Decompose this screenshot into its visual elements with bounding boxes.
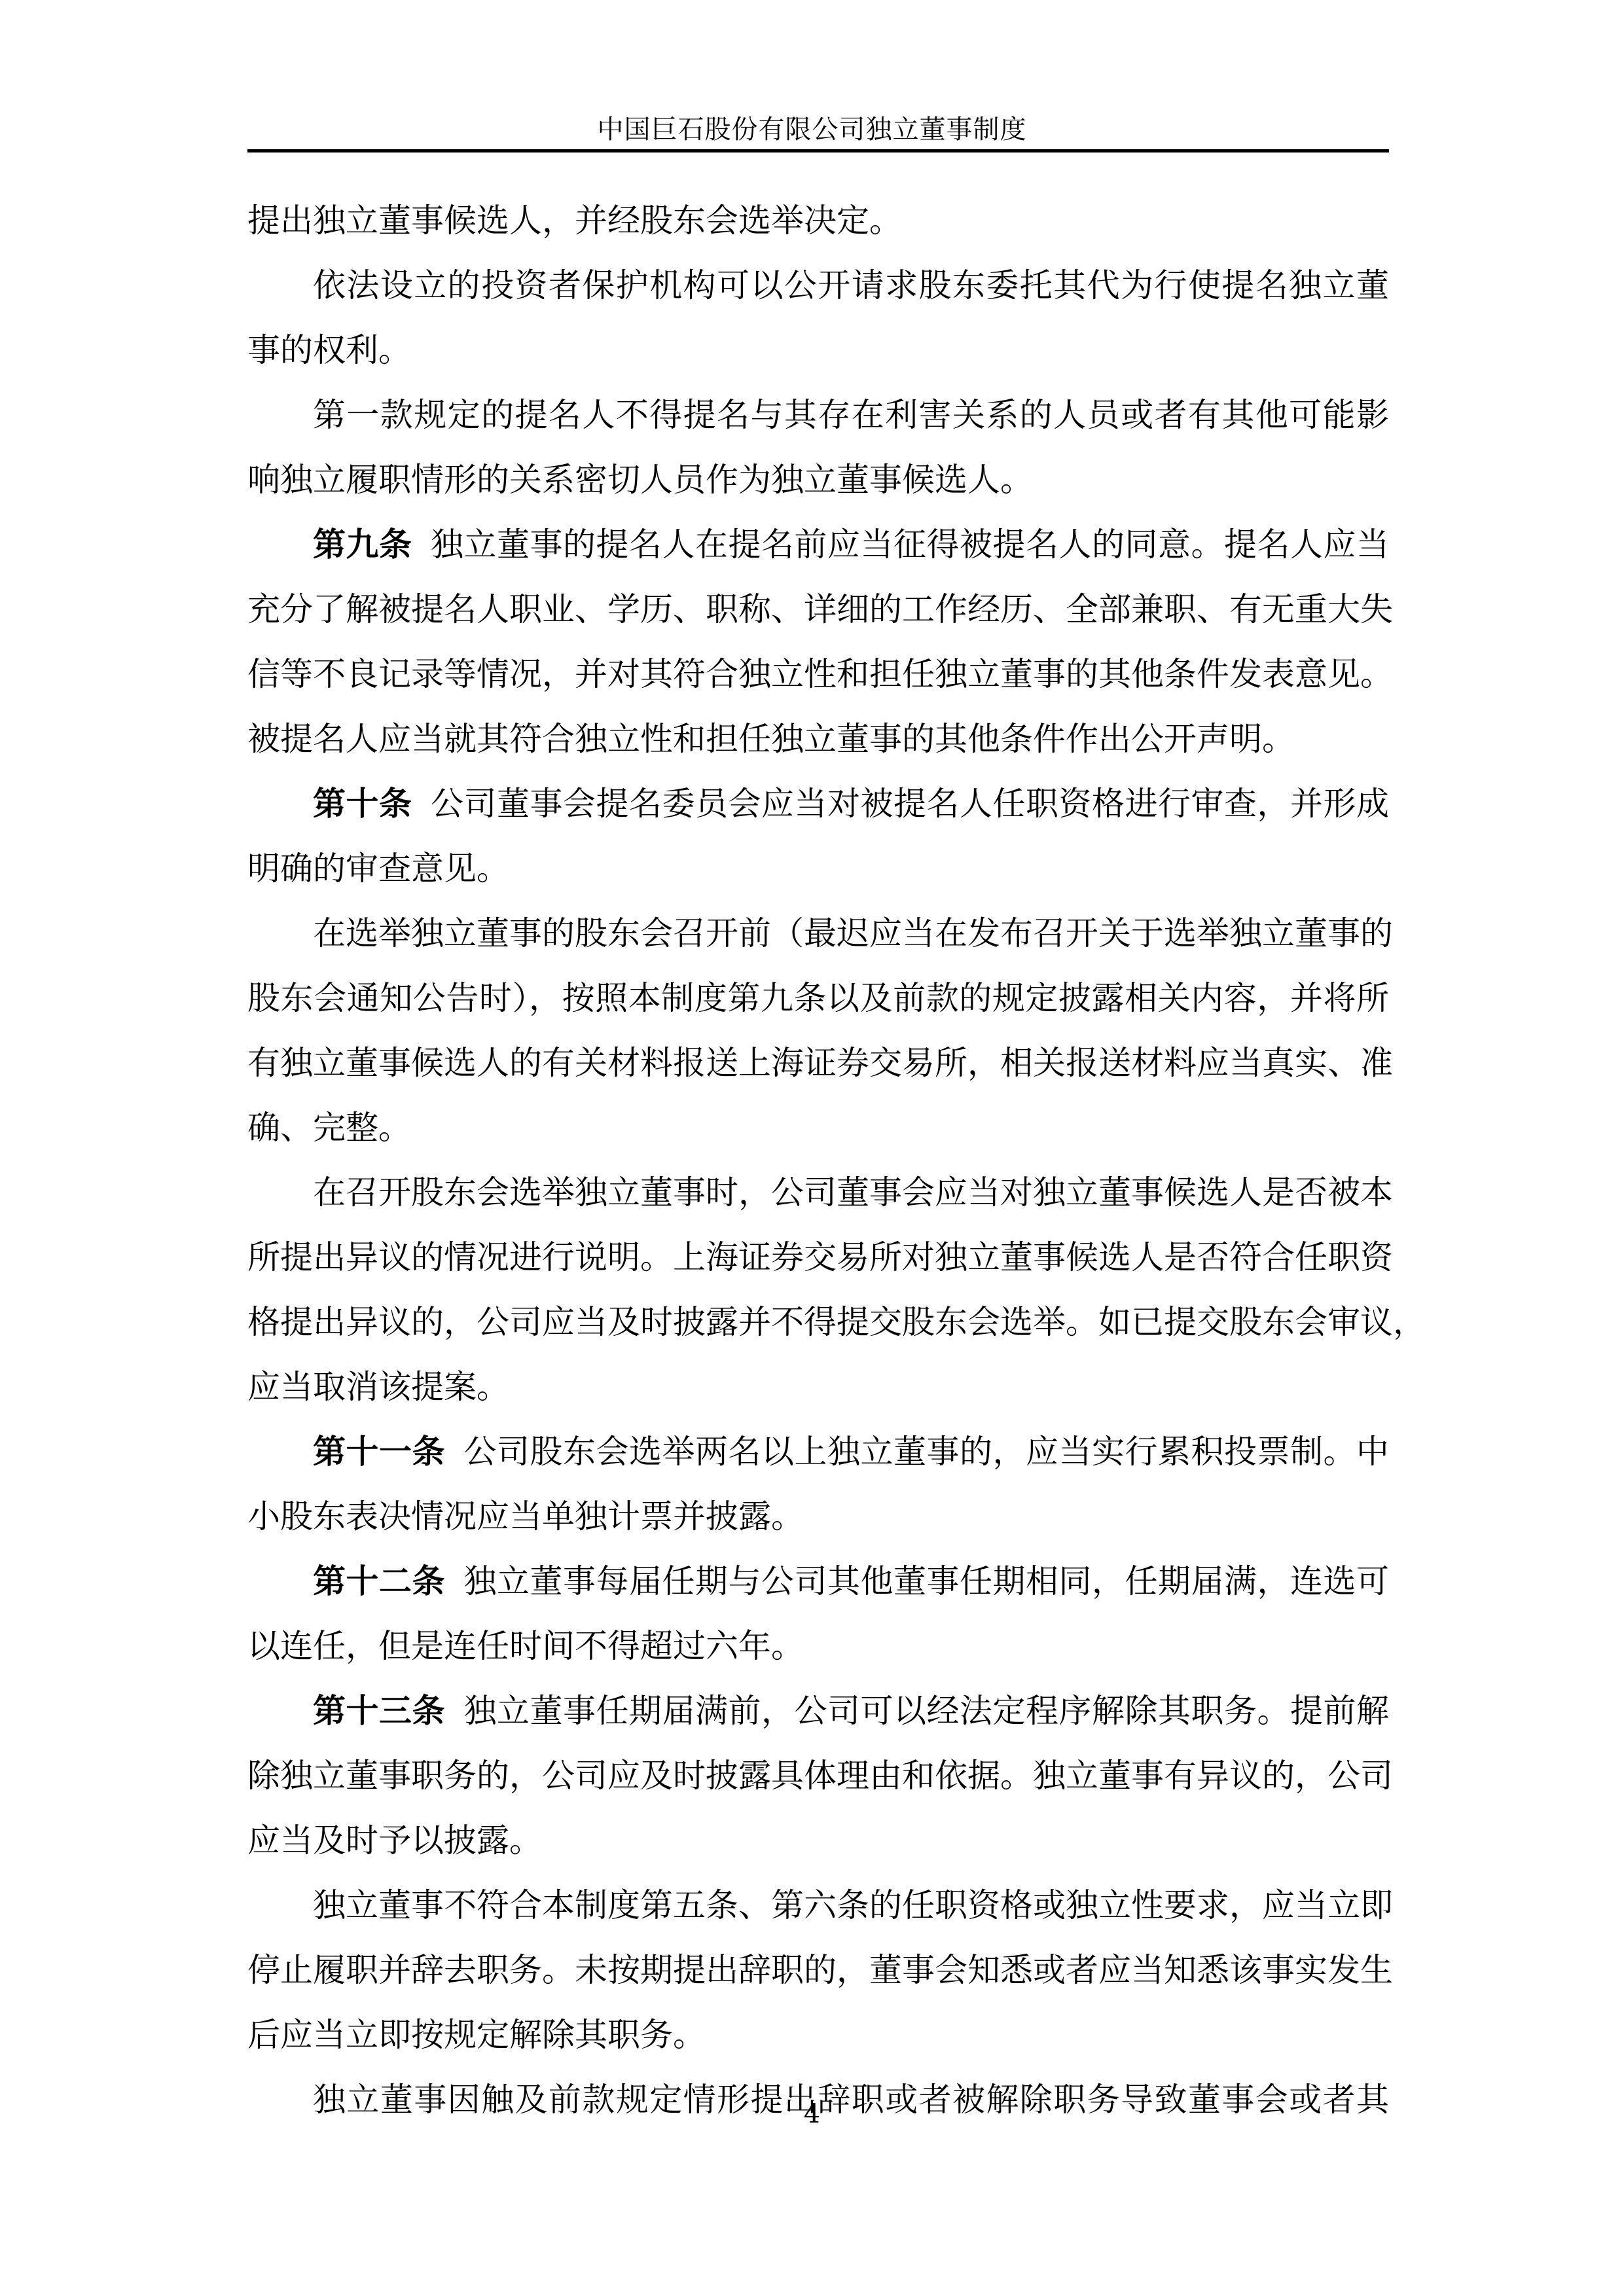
text-line: 响独立履职情形的关系密切人员作为独立董事候选人。	[247, 457, 1389, 503]
line-text: 依法设立的投资者保护机构可以公开请求股东委托其代为行使提名独立董	[313, 266, 1389, 304]
text-line: 事的权利。	[247, 327, 1389, 373]
text-line: 充分了解被提名人职业、学历、职称、详细的工作经历、全部兼职、有无重大失	[247, 586, 1389, 632]
line-text: 响独立履职情形的关系密切人员作为独立董事候选人。	[247, 461, 1033, 499]
text-line: 被提名人应当就其符合独立性和担任独立董事的其他条件作出公开声明。	[247, 716, 1389, 762]
article-heading: 第十条	[313, 784, 412, 823]
page-number: 4	[0, 2098, 1624, 2130]
line-text: 第一款规定的提名人不得提名与其存在利害关系的人员或者有其他可能影	[313, 396, 1389, 434]
line-text: 独立董事不符合本制度第五条、第六条的任职资格或独立性要求，应当立即	[313, 1886, 1393, 1924]
line-text: 除独立董事职务的，公司应及时披露具体理由和依据。独立董事有异议的，公司	[247, 1757, 1393, 1795]
text-line: 后应当立即按规定解除其职务。	[247, 2012, 1389, 2058]
text-line: 应当取消该提案。	[247, 1364, 1389, 1410]
document-page: 中国巨石股份有限公司独立董事制度 提出独立董事候选人，并经股东会选举决定。 依法…	[0, 0, 1624, 2296]
line-text: 充分了解被提名人职业、学历、职称、详细的工作经历、全部兼职、有无重大失	[247, 590, 1393, 628]
text-line: 确、完整。	[247, 1105, 1389, 1151]
text-line: 股东会通知公告时），按照本制度第九条以及前款的规定披露相关内容，并将所	[247, 975, 1389, 1021]
line-text: 小股东表决情况应当单独计票并披露。	[247, 1498, 804, 1535]
paragraph-first-line: 第一款规定的提名人不得提名与其存在利害关系的人员或者有其他可能影	[247, 392, 1389, 438]
article-13-first-line: 第十三条独立董事任期届满前，公司可以经法定程序解除其职务。提前解	[247, 1688, 1389, 1734]
line-text: 公司董事会提名委员会应当对被提名人任职资格进行审查，并形成	[431, 785, 1390, 823]
text-line: 停止履职并辞去职务。未按期提出辞职的，董事会知悉或者应当知悉该事实发生	[247, 1947, 1389, 1993]
article-heading: 第九条	[313, 525, 412, 564]
line-text: 信等不良记录等情况，并对其符合独立性和担任独立董事的其他条件发表意见。	[247, 655, 1393, 693]
article-11-first-line: 第十一条公司股东会选举两名以上独立董事的，应当实行累积投票制。中	[247, 1429, 1389, 1475]
line-text: 公司股东会选举两名以上独立董事的，应当实行累积投票制。中	[463, 1433, 1389, 1471]
article-10-first-line: 第十条公司董事会提名委员会应当对被提名人任职资格进行审查，并形成	[247, 781, 1389, 827]
line-text: 独立董事每届任期与公司其他董事任期相同，任期届满，连选可	[463, 1562, 1389, 1600]
line-text: 确、完整。	[247, 1109, 411, 1147]
line-text: 所提出异议的情况进行说明。上海证券交易所对独立董事候选人是否符合任职资	[247, 1238, 1393, 1276]
text-line: 明确的审查意见。	[247, 846, 1389, 891]
article-9-first-line: 第九条独立董事的提名人在提名前应当征得被提名人的同意。提名人应当	[247, 522, 1389, 567]
article-heading: 第十二条	[313, 1562, 445, 1600]
paragraph-first-line: 在选举独立董事的股东会召开前（最迟应当在发布召开关于选举独立董事的	[247, 910, 1389, 956]
line-text: 股东会通知公告时），按照本制度第九条以及前款的规定披露相关内容，并将所	[247, 979, 1389, 1017]
line-text: 应当及时予以披露。	[247, 1821, 542, 1859]
line-text: 提出独立董事候选人，并经股东会选举决定。	[247, 202, 902, 240]
article-heading: 第十一条	[313, 1432, 445, 1471]
article-heading: 第十三条	[313, 1691, 445, 1730]
text-line: 小股东表决情况应当单独计票并披露。	[247, 1494, 1389, 1539]
line-text: 在召开股东会选举独立董事时，公司董事会应当对独立董事候选人是否被本	[313, 1174, 1393, 1211]
text-line: 信等不良记录等情况，并对其符合独立性和担任独立董事的其他条件发表意见。	[247, 651, 1389, 697]
line-text: 被提名人应当就其符合独立性和担任独立董事的其他条件作出公开声明。	[247, 720, 1295, 758]
line-text: 以连任，但是连任时间不得超过六年。	[247, 1627, 804, 1665]
paragraph-first-line: 依法设立的投资者保护机构可以公开请求股东委托其代为行使提名独立董	[247, 262, 1389, 308]
text-line: 应当及时予以披露。	[247, 1818, 1389, 1863]
line-text: 独立董事任期届满前，公司可以经法定程序解除其职务。提前解	[463, 1692, 1389, 1730]
article-12-first-line: 第十二条独立董事每届任期与公司其他董事任期相同，任期届满，连选可	[247, 1558, 1389, 1604]
running-header-title: 中国巨石股份有限公司独立董事制度	[0, 113, 1624, 147]
line-text: 有独立董事候选人的有关材料报送上海证券交易所，相关报送材料应当真实、准	[247, 1044, 1393, 1082]
line-text: 后应当立即按规定解除其职务。	[247, 2016, 706, 2054]
paragraph-first-line: 在召开股东会选举独立董事时，公司董事会应当对独立董事候选人是否被本	[247, 1170, 1389, 1215]
text-line: 所提出异议的情况进行说明。上海证券交易所对独立董事候选人是否符合任职资	[247, 1234, 1389, 1280]
text-line: 除独立董事职务的，公司应及时披露具体理由和依据。独立董事有异议的，公司	[247, 1753, 1389, 1799]
line-text: 停止履职并辞去职务。未按期提出辞职的，董事会知悉或者应当知悉该事实发生	[247, 1951, 1393, 1989]
line-text: 明确的审查意见。	[247, 850, 509, 888]
line-text: 格提出异议的，公司应当及时披露并不得提交股东会选举。如已提交股东会审议，	[247, 1303, 1426, 1341]
paragraph-first-line: 独立董事不符合本制度第五条、第六条的任职资格或独立性要求，应当立即	[247, 1882, 1389, 1928]
line-text: 在选举独立董事的股东会召开前（最迟应当在发布召开关于选举独立董事的	[313, 914, 1393, 952]
line-text: 事的权利。	[247, 331, 411, 369]
text-line: 格提出异议的，公司应当及时披露并不得提交股东会选举。如已提交股东会审议，	[247, 1299, 1389, 1345]
header-rule	[247, 149, 1389, 152]
text-line: 提出独立董事候选人，并经股东会选举决定。	[247, 198, 1389, 243]
line-text: 独立董事的提名人在提名前应当征得被提名人的同意。提名人应当	[431, 526, 1390, 564]
text-line: 以连任，但是连任时间不得超过六年。	[247, 1623, 1389, 1669]
line-text: 应当取消该提案。	[247, 1368, 509, 1406]
text-line: 有独立董事候选人的有关材料报送上海证券交易所，相关报送材料应当真实、准	[247, 1040, 1389, 1086]
